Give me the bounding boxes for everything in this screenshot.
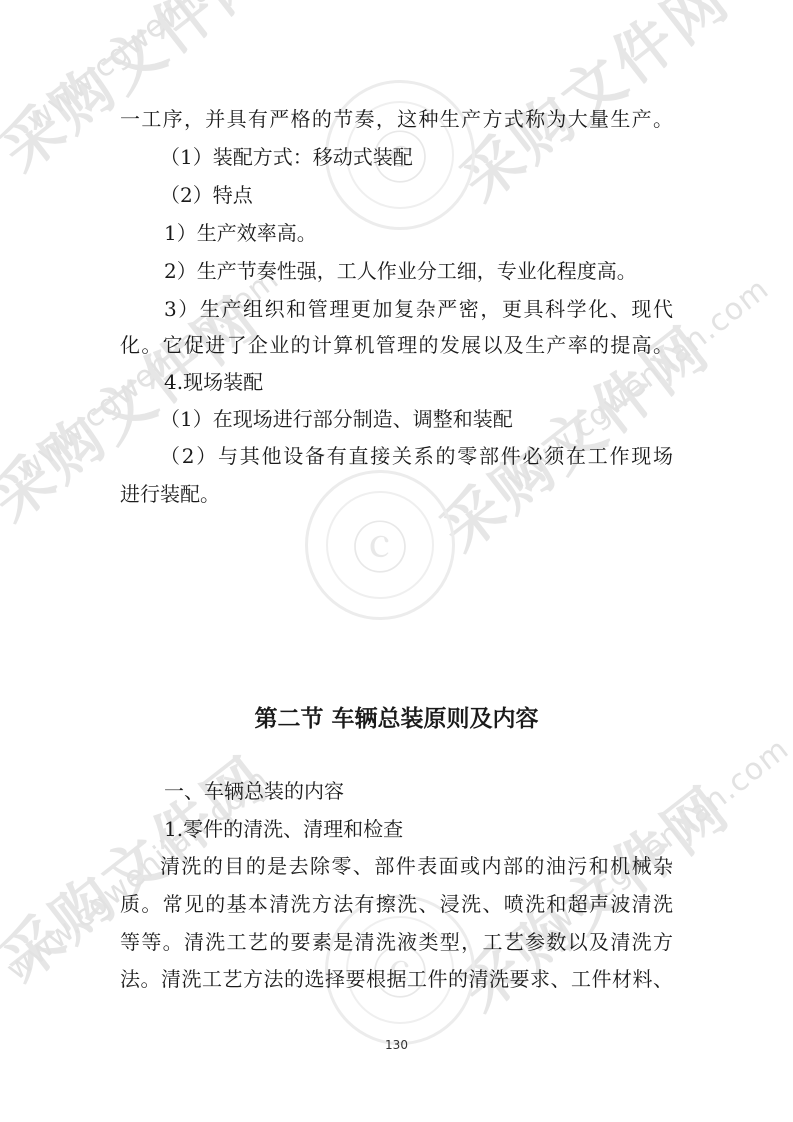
subheading: 一、车辆总装的内容 — [164, 777, 344, 805]
list-item: （2）特点 — [160, 181, 253, 209]
paragraph-line: 化。它促进了企业的计算机管理的发展以及生产率的提高。 — [120, 331, 673, 359]
subheading: 4.现场装配 — [164, 368, 263, 396]
list-item: （1）在现场进行部分制造、调整和装配 — [160, 405, 513, 433]
list-item: 3）生产组织和管理更加复杂严密，更具科学化、现代 — [164, 295, 673, 323]
paragraph-line: 等等。清洗工艺的要素是清洗液类型，工艺参数以及清洗方 — [120, 928, 673, 956]
seal-logo-icon: ⓒ — [352, 505, 408, 585]
subheading: 1.零件的清洗、清理和检查 — [164, 815, 403, 843]
page-number: 130 — [0, 1038, 793, 1052]
paragraph-line: 一工序，并具有严格的节奏，这种生产方式称为大量生产。 — [120, 105, 673, 133]
watermark-seal: ⓒ — [305, 470, 455, 620]
paragraph-line: 质。常见的基本清洗方法有擦洗、浸洗、喷洗和超声波清洗 — [120, 890, 673, 918]
list-item: 1）生产效率高。 — [164, 219, 317, 247]
watermark-url: www.cgwenjian.com — [520, 731, 793, 957]
section-heading: 第二节 车辆总装原则及内容 — [120, 700, 673, 733]
paragraph-line: 清洗的目的是去除零、部件表面或内部的油污和机械杂 — [160, 852, 673, 880]
list-item: （1）装配方式：移动式装配 — [160, 143, 413, 171]
paragraph-line: 法。清洗工艺方法的选择要根据工件的清洗要求、工件材料、 — [120, 965, 673, 993]
paragraph-line: 进行装配。 — [120, 480, 220, 508]
list-item: （2）与其他设备有直接关系的零部件必须在工作现场 — [160, 442, 673, 470]
list-item: 2）生产节奏性强，工人作业分工细，专业化程度高。 — [164, 257, 637, 285]
